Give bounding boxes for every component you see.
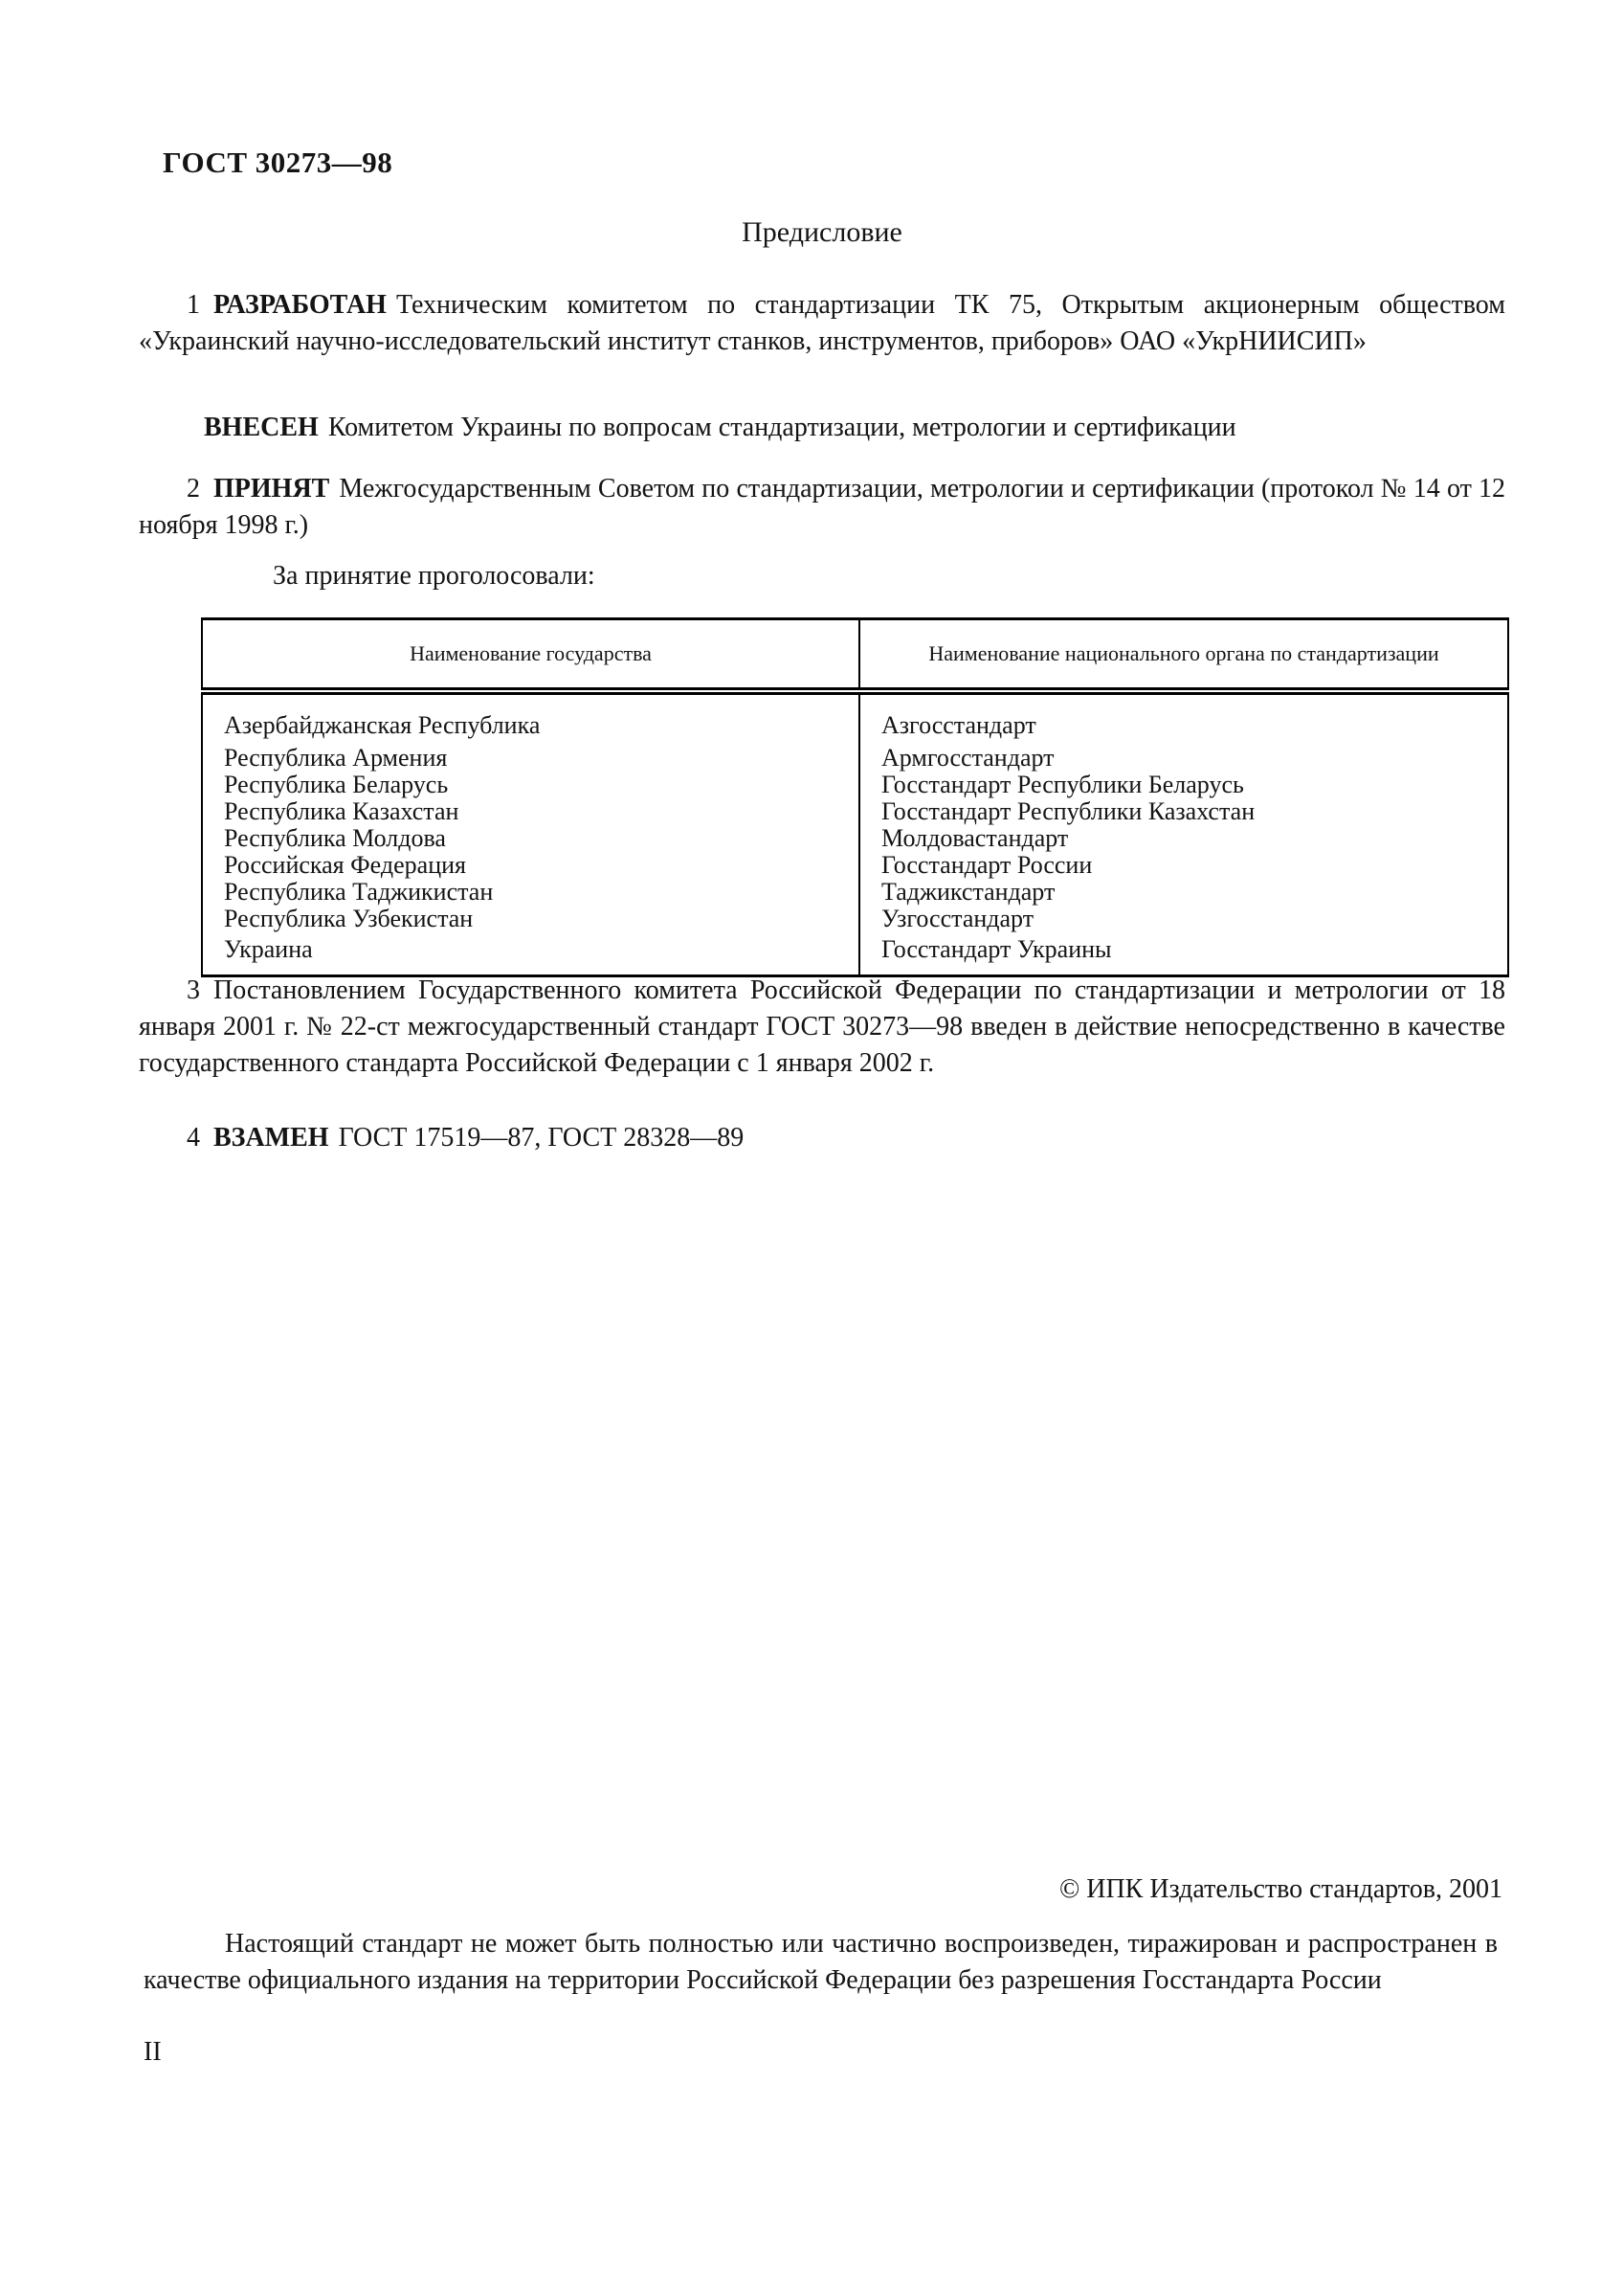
table-row: Республика Казахстан Госстандарт Республ… xyxy=(202,798,1508,825)
table-row: Российская Федерация Госстандарт России xyxy=(202,852,1508,879)
table-row: Республика Узбекистан Узгосстандарт xyxy=(202,906,1508,932)
cell-standard-body: Госстандарт Украины xyxy=(859,932,1508,976)
table-row: Республика Беларусь Госстандарт Республи… xyxy=(202,772,1508,798)
clause-text: Постановлением Государственного комитета… xyxy=(139,975,1505,1078)
paragraph-submitted: ВНЕСЕНКомитетом Украины по вопросам стан… xyxy=(139,410,1505,446)
clause-text: ГОСТ 17519—87, ГОСТ 28328—89 xyxy=(339,1123,745,1153)
paragraph-replaces: 4ВЗАМЕНГОСТ 17519—87, ГОСТ 28328—89 xyxy=(139,1120,1505,1156)
cell-country: Республика Узбекистан xyxy=(202,906,859,932)
header-standard-body: Наименование национального органа по ста… xyxy=(859,619,1508,692)
cell-country: Украина xyxy=(202,932,859,976)
vote-table: Наименование государства Наименование на… xyxy=(201,617,1509,977)
cell-standard-body: Таджикстандарт xyxy=(859,879,1508,906)
vote-table-body: Азербайджанская Республика Азгосстандарт… xyxy=(202,691,1508,976)
table-row: Украина Госстандарт Украины xyxy=(202,932,1508,976)
clause-number: 4 xyxy=(187,1123,200,1153)
header-country: Наименование государства xyxy=(202,619,859,692)
document-page: ГОСТ 30273—98 Предисловие 1РАЗРАБОТАНТех… xyxy=(0,0,1624,2285)
cell-standard-body: Госстандарт Республики Казахстан xyxy=(859,798,1508,825)
cell-country: Республика Таджикистан xyxy=(202,879,859,906)
page-title: Предисловие xyxy=(139,216,1505,249)
copyright-line: © ИПК Издательство стандартов, 2001 xyxy=(139,1874,1502,1905)
vote-table-header: Наименование государства Наименование на… xyxy=(202,619,1508,692)
doc-number: ГОСТ 30273—98 xyxy=(163,146,392,180)
clause-keyword: ВЗАМЕН xyxy=(213,1123,329,1153)
cell-standard-body: Армгосстандарт xyxy=(859,745,1508,772)
cell-country: Республика Беларусь xyxy=(202,772,859,798)
cell-standard-body: Молдовастандарт xyxy=(859,825,1508,852)
clause-text: Комитетом Украины по вопросам стандартиз… xyxy=(328,413,1236,442)
vote-intro: За принятие проголосовали: xyxy=(139,558,1505,594)
cell-country: Российская Федерация xyxy=(202,852,859,879)
clause-number: 3 xyxy=(187,975,200,1005)
clause-text: Межгосударственным Советом по стандартиз… xyxy=(139,474,1505,540)
table-row: Азербайджанская Республика Азгосстандарт xyxy=(202,691,1508,745)
table-row: Республика Молдова Молдовастандарт xyxy=(202,825,1508,852)
clause-keyword: ВНЕСЕН xyxy=(204,413,319,442)
clause-keyword: РАЗРАБОТАН xyxy=(213,290,387,320)
clause-number: 2 xyxy=(187,474,200,504)
cell-standard-body: Госстандарт Республики Беларусь xyxy=(859,772,1508,798)
clause-number: 1 xyxy=(187,290,200,320)
page-number: II xyxy=(144,2037,162,2068)
cell-country: Республика Казахстан xyxy=(202,798,859,825)
reproduction-notice: Настоящий стандарт не может быть полност… xyxy=(144,1926,1498,1999)
clause-keyword: ПРИНЯТ xyxy=(213,474,329,504)
cell-country: Республика Молдова xyxy=(202,825,859,852)
cell-country: Республика Армения xyxy=(202,745,859,772)
table-row: Республика Таджикистан Таджикстандарт xyxy=(202,879,1508,906)
cell-standard-body: Госстандарт России xyxy=(859,852,1508,879)
paragraph-enacted: 3Постановлением Государственного комитет… xyxy=(139,973,1505,1082)
paragraph-developed: 1РАЗРАБОТАНТехническим комитетом по стан… xyxy=(139,287,1505,360)
cell-standard-body: Узгосстандарт xyxy=(859,906,1508,932)
table-row: Республика Армения Армгосстандарт xyxy=(202,745,1508,772)
paragraph-adopted: 2ПРИНЯТМежгосударственным Советом по ста… xyxy=(139,471,1505,544)
cell-country: Азербайджанская Республика xyxy=(202,691,859,745)
cell-standard-body: Азгосстандарт xyxy=(859,691,1508,745)
header-row: Наименование государства Наименование на… xyxy=(202,619,1508,692)
